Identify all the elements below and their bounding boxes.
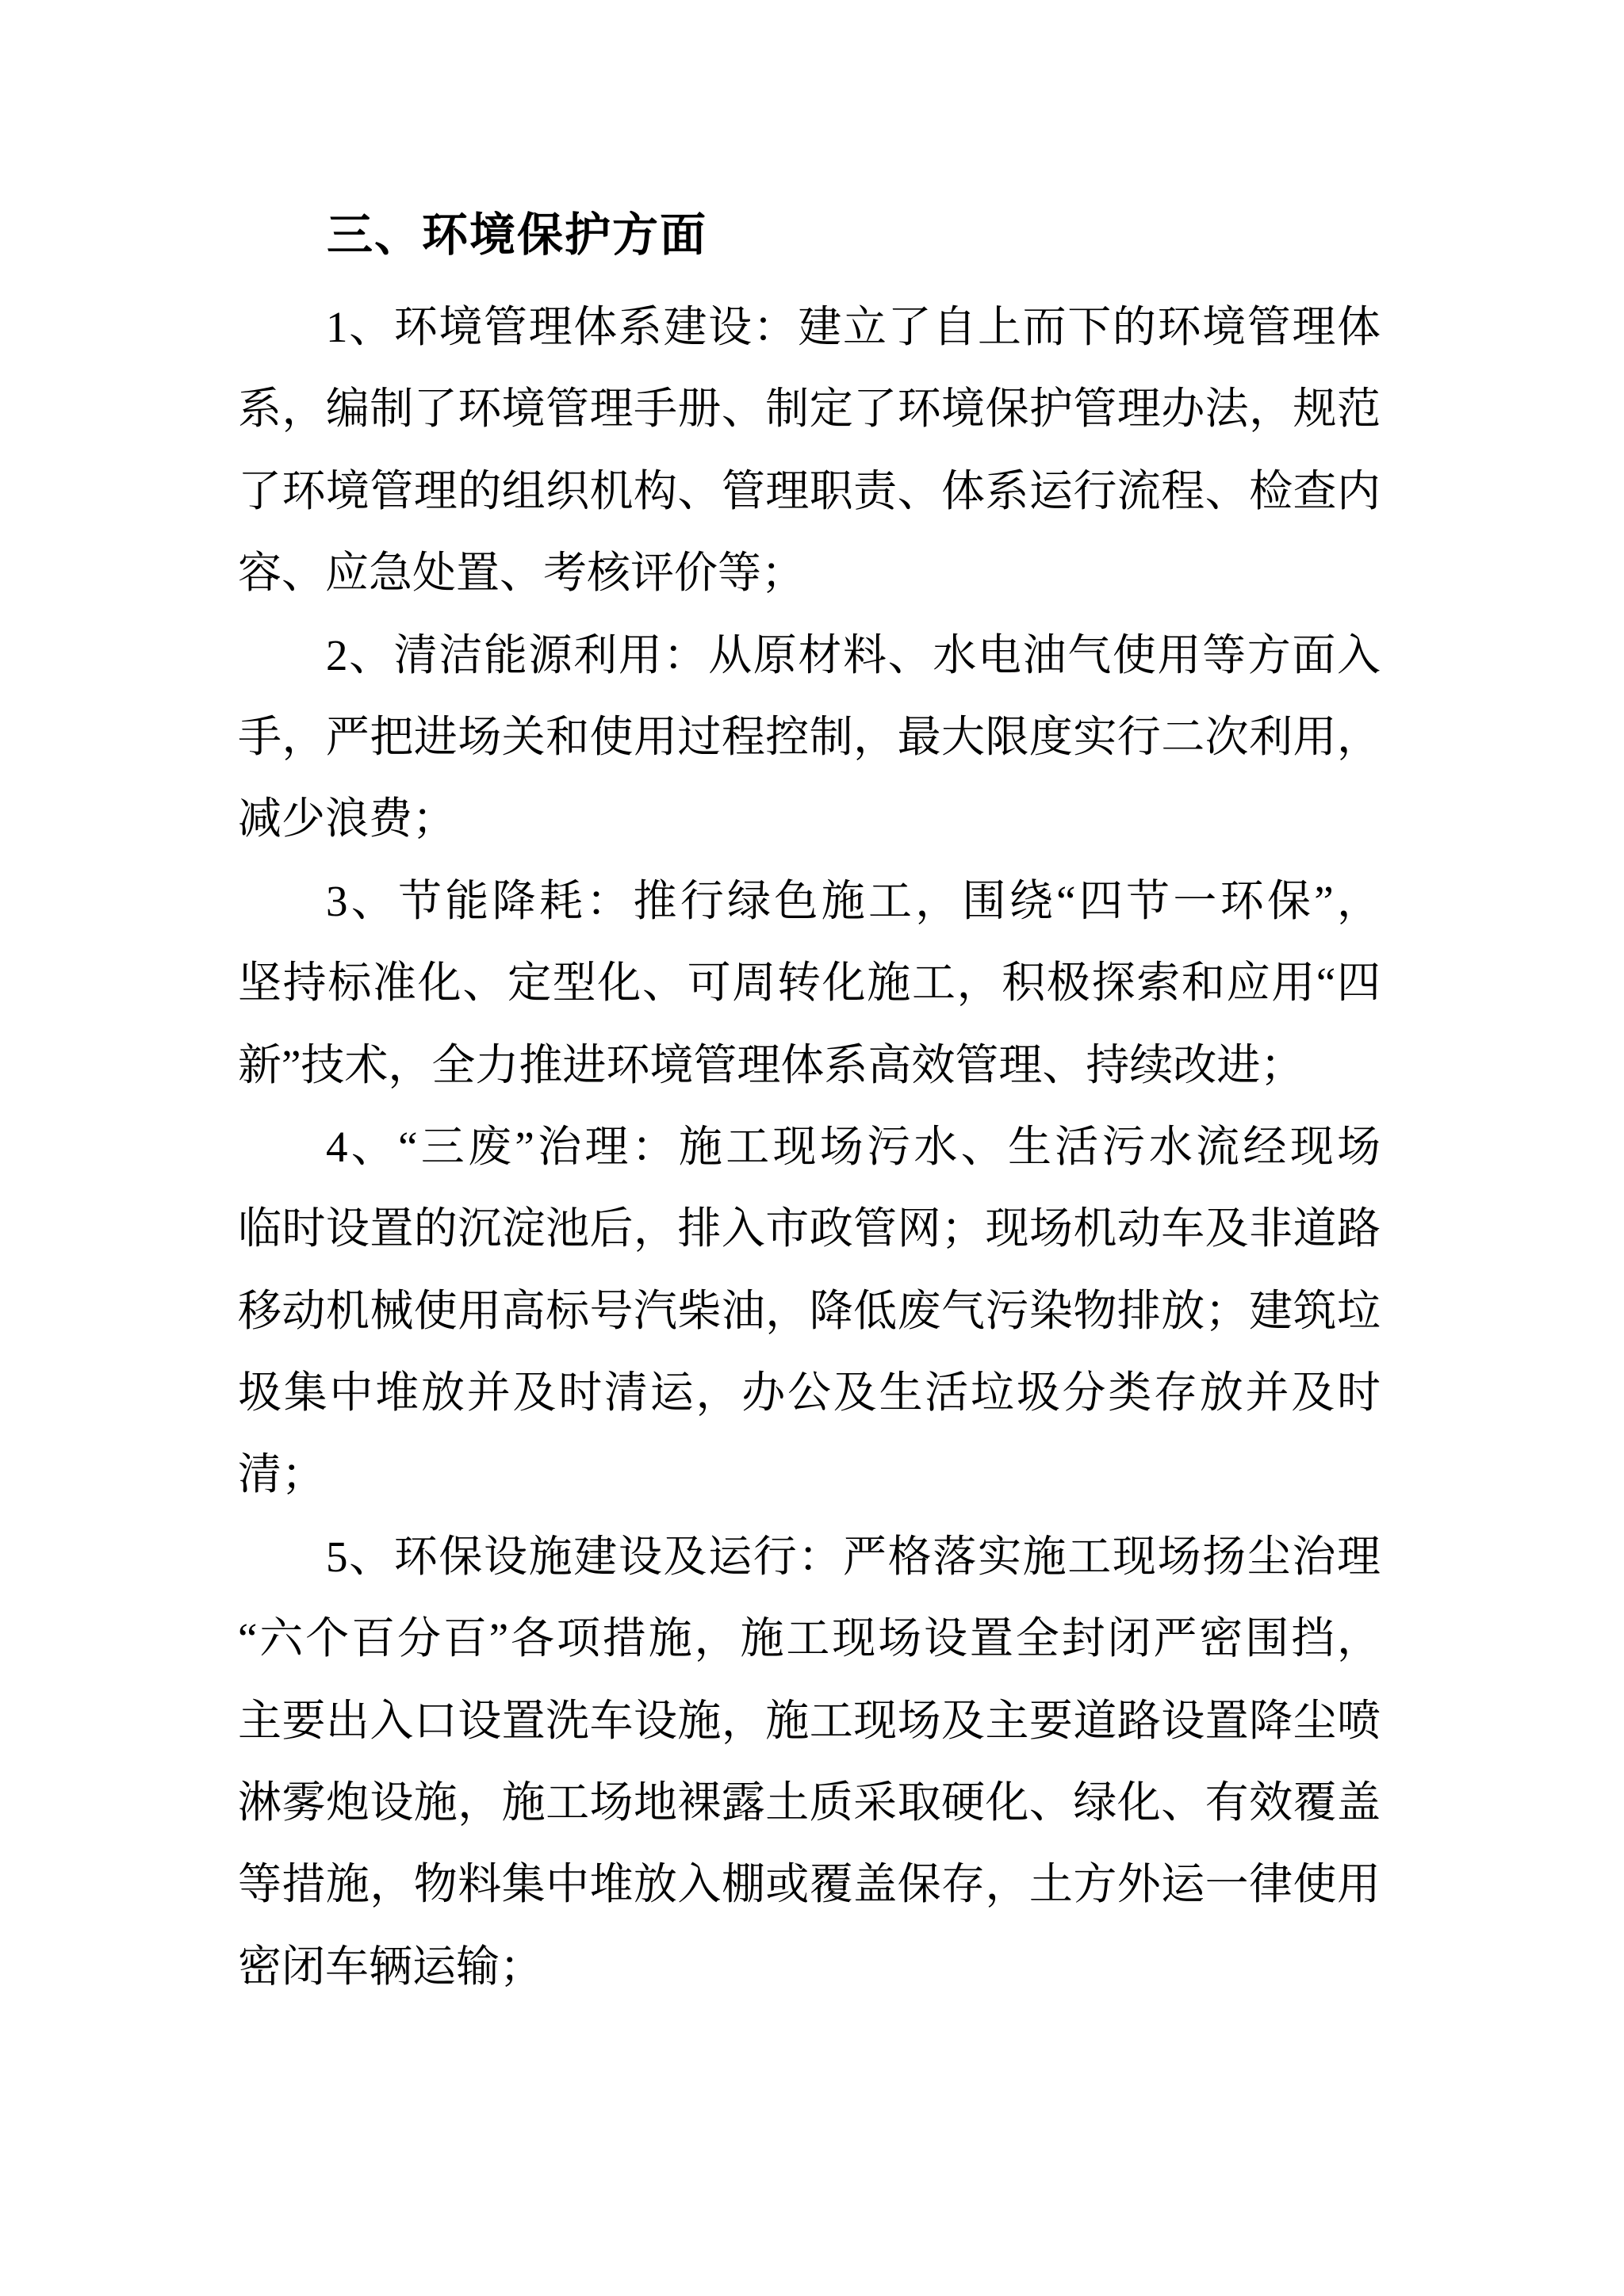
text-line: 淋雾炮设施，施工场地裸露土质采取硬化、绿化、有效覆盖 (238, 1762, 1381, 1843)
text-line: 2、清洁能源利用：从原材料、水电油气使用等方面入 (238, 614, 1381, 696)
text-line: 坚持标准化、定型化、可周转化施工，积极探索和应用“四 (238, 942, 1381, 1024)
text-line: 圾集中堆放并及时清运，办公及生活垃圾分类存放并及时 (238, 1352, 1381, 1433)
text-line: “六个百分百”各项措施，施工现场设置全封闭严密围挡， (238, 1598, 1381, 1679)
text-line: 系，编制了环境管理手册、制定了环境保护管理办法，规范 (238, 368, 1381, 450)
document-page: { "document": { "heading": "三、环境保护方面", "… (0, 0, 1624, 2296)
text-line: 移动机械使用高标号汽柴油，降低废气污染物排放；建筑垃 (238, 1270, 1381, 1352)
text-line: 4、“三废”治理：施工现场污水、生活污水流经现场 (238, 1106, 1381, 1188)
text-line: 清； (238, 1433, 1381, 1515)
text-line: 容、应急处置、考核评价等； (238, 532, 1381, 614)
text-line: 临时设置的沉淀池后，排入市政管网；现场机动车及非道路 (238, 1188, 1381, 1269)
text-line: 等措施，物料集中堆放入棚或覆盖保存，土方外运一律使用 (238, 1843, 1381, 1925)
page-content: 三、环境保护方面 1、环境管理体系建设：建立了自上而下的环境管理体系，编制了环境… (238, 194, 1381, 2007)
text-line: 密闭车辆运输； (238, 1926, 1381, 2007)
text-line: 5、环保设施建设及运行：严格落实施工现场扬尘治理 (238, 1516, 1381, 1598)
text-line: 3、节能降耗：推行绿色施工，围绕“四节一环保”， (238, 860, 1381, 942)
text-line: 1、环境管理体系建设：建立了自上而下的环境管理体 (238, 286, 1381, 368)
text-line: 了环境管理的组织机构、管理职责、体系运行流程、检查内 (238, 450, 1381, 532)
text-line: 减少浪费； (238, 778, 1381, 859)
text-line: 主要出入口设置洗车设施，施工现场及主要道路设置降尘喷 (238, 1680, 1381, 1762)
section-heading: 三、环境保护方面 (238, 194, 1381, 277)
text-line: 新”技术，全力推进环境管理体系高效管理、持续改进； (238, 1024, 1381, 1106)
text-line: 手，严把进场关和使用过程控制，最大限度实行二次利用， (238, 696, 1381, 778)
paragraph-lines: 1、环境管理体系建设：建立了自上而下的环境管理体系，编制了环境管理手册、制定了环… (238, 286, 1381, 2007)
